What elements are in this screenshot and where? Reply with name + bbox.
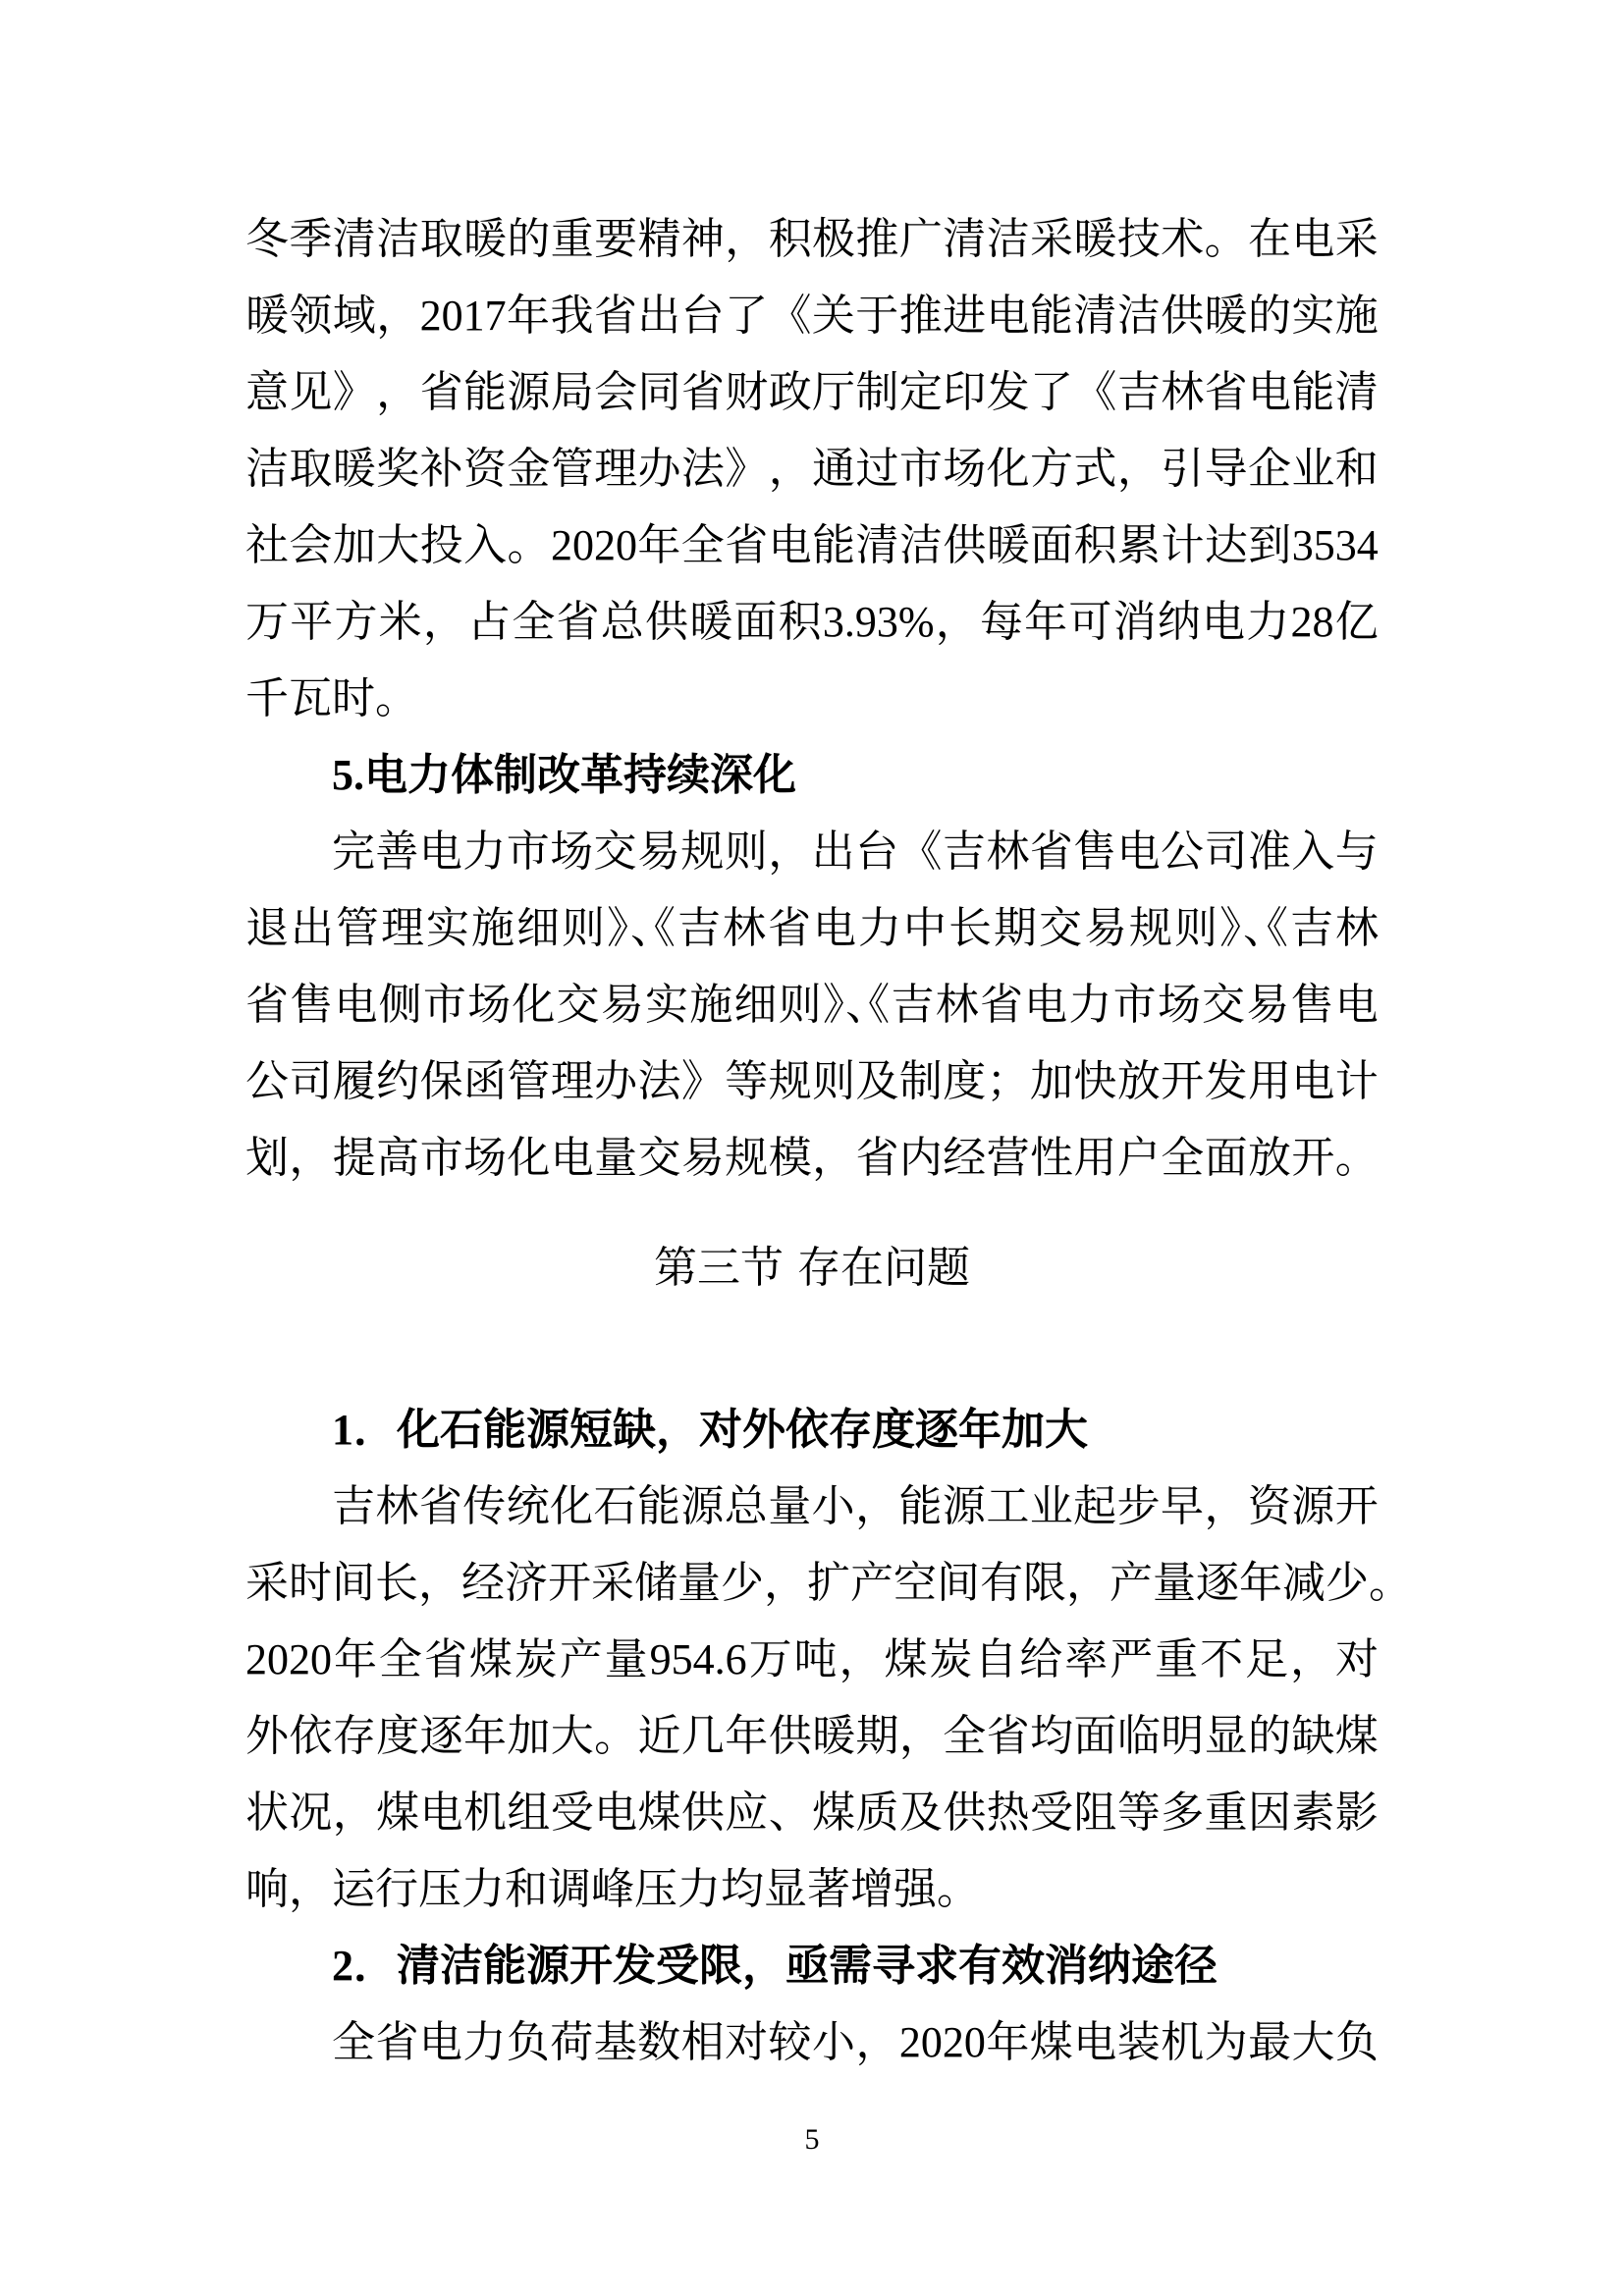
body-text-run: 煤 <box>884 1622 927 1698</box>
body-text-run: 2020 <box>245 1622 332 1698</box>
body-text-run: 总 <box>725 1468 768 1545</box>
body-text-run: 。 <box>508 507 551 584</box>
body-text-run: 可 <box>1068 584 1111 661</box>
body-text-run: 依 <box>289 1698 332 1775</box>
body-text-run: 空 <box>893 1545 937 1622</box>
body-text-run: 力 <box>462 2004 506 2081</box>
body-text-run: 有 <box>980 1545 1023 1622</box>
body-text-run: 自 <box>974 1622 1017 1698</box>
body-text-run: 源 <box>943 1468 986 1545</box>
body-text-run: 开 <box>1335 1468 1379 1545</box>
body-text-run: 开 <box>1161 1043 1204 1120</box>
body-text-run: 几 <box>681 1698 725 1775</box>
body-text-run: 场 <box>1158 967 1201 1043</box>
body-text-run: 交 <box>638 1120 681 1197</box>
body-text-run: 限 <box>1023 1545 1066 1622</box>
body-text-run: 见 <box>289 354 332 431</box>
body-text-run: 能 <box>463 354 507 431</box>
body-text-run: 售 <box>1073 814 1116 890</box>
body-text-run: 管 <box>507 1043 550 1120</box>
body-text-run: 模 <box>769 1120 812 1197</box>
body-text-run: 临 <box>1117 1698 1161 1775</box>
body-text-run: 《 <box>654 890 676 967</box>
body-text-run: ， <box>764 1545 807 1622</box>
body-text-run: ， <box>812 1120 855 1197</box>
body-text-run: 省 <box>557 584 600 661</box>
body-text-run: 亿 <box>1335 584 1379 661</box>
body-text-run: 善 <box>375 814 418 890</box>
body-text-run: 暖 <box>987 507 1030 584</box>
body-text-run: 力 <box>462 814 506 890</box>
body-text-run: 受 <box>1030 1775 1073 1851</box>
body-text-run: 面 <box>733 584 777 661</box>
body-text-run: 出 <box>812 814 855 890</box>
body-text-run: 荷 <box>550 2004 593 2081</box>
body-text-run: 细 <box>733 967 777 1043</box>
body-text-run: 占 <box>467 584 511 661</box>
body-text-run: 阻 <box>1073 1775 1116 1851</box>
body-text-run: 能 <box>898 1468 942 1545</box>
body-text-run: 供 <box>943 507 986 584</box>
page-number: 5 <box>0 2118 1624 2162</box>
body-text-run: 电 <box>987 278 1030 354</box>
body-text-run: 万 <box>245 584 289 661</box>
body-text-run: 年 <box>463 1698 507 1775</box>
body-line: 外依存度逐年加大。近几年供暖期，全省均面临明显的缺煤 <box>245 1698 1379 1775</box>
body-text-run: 煤 <box>469 1622 513 1698</box>
body-text-run: 开 <box>1291 1120 1334 1197</box>
body-text-run: 全 <box>681 507 725 584</box>
body-text-run: 热 <box>987 1775 1030 1851</box>
body-text-run: 市 <box>507 814 550 890</box>
body-text-run: 台 <box>855 814 898 890</box>
body-text-run: 暖 <box>689 584 732 661</box>
body-text-run: 供 <box>769 1698 812 1775</box>
body-text-run: 采 <box>1030 201 1073 278</box>
body-text-run: 基 <box>594 2004 637 2081</box>
body-text-run: 清 <box>333 201 376 278</box>
body-text-run: 石 <box>594 1468 637 1545</box>
body-text-run: 电 <box>419 814 462 890</box>
heading-number: 1． <box>332 1406 397 1454</box>
body-text-run: 少 <box>1326 1545 1369 1622</box>
body-text-run: ， <box>1204 1468 1247 1545</box>
body-text-run: 。 <box>1369 1545 1412 1622</box>
body-text-run: 用 <box>1248 1043 1291 1120</box>
body-text-run: 清 <box>855 507 898 584</box>
body-text-run: 售 <box>1290 967 1333 1043</box>
body-text-run: 。 <box>1205 201 1248 278</box>
body-text-run: 量 <box>605 1622 648 1698</box>
body-text-run: 场 <box>550 814 593 890</box>
body-text-run: 为 <box>1205 2004 1248 2081</box>
body-text-run: 广 <box>899 201 943 278</box>
body-text-run: 。 <box>594 1698 637 1775</box>
body-text-run: 侧 <box>379 967 422 1043</box>
body-text-run: 质 <box>855 1775 898 1851</box>
body-text-run: 省 <box>1205 354 1248 431</box>
body-line: 2020年全省煤炭产量954.6万吨，煤炭自给率严重不足，对 <box>245 1622 1379 1698</box>
body-text-run: 供 <box>943 1775 986 1851</box>
body-text-run: 积 <box>1074 507 1117 584</box>
body-text-run: 暖 <box>333 431 376 507</box>
body-text-run: 法 <box>638 1043 681 1120</box>
body-text-run: 业 <box>1291 431 1334 507</box>
body-text-run: 每 <box>980 584 1023 661</box>
body-text-run: 林 <box>375 1468 418 1545</box>
body-text-run: 计 <box>1335 1043 1379 1120</box>
body-text-run: 暖 <box>812 1698 855 1775</box>
body-text-run: 则 <box>725 814 768 890</box>
body-text-run: 起 <box>1073 1468 1116 1545</box>
body-text-run: 省 <box>681 354 725 431</box>
body-text-run: 平 <box>290 584 333 661</box>
body-text-run: 开 <box>548 1545 591 1622</box>
body-text-run: 吨 <box>794 1622 838 1698</box>
body-text-run: 补 <box>420 431 463 507</box>
body-text-run: 吉 <box>943 814 986 890</box>
body-text-run: 2020 <box>551 507 637 584</box>
body-text-run: 理 <box>381 890 424 967</box>
body-text-run: 则 <box>562 890 605 967</box>
body-text-run: 年 <box>1024 584 1067 661</box>
body-text-run: 年 <box>1239 1545 1282 1622</box>
body-text-run: 施 <box>689 967 732 1043</box>
body-text-run: 省 <box>725 507 768 584</box>
body-text-run: 时 <box>289 1545 332 1622</box>
body-text-run: 财 <box>725 354 768 431</box>
body-text-run: 源 <box>1291 1468 1334 1545</box>
body-text-run: 林 <box>936 967 979 1043</box>
body-text-run: 场 <box>463 1120 507 1197</box>
body-line: 洁取暖奖补资金管理办法》，通过市场化方式，引导企业和 <box>245 431 1379 507</box>
body-text-run: 进 <box>943 278 986 354</box>
body-text-run: 煤 <box>1335 1698 1379 1775</box>
body-text-run: 经 <box>943 1120 986 1197</box>
body-text-run: ， <box>839 1622 882 1698</box>
body-text-run: 能 <box>1291 354 1334 431</box>
body-text-run: 省 <box>420 354 463 431</box>
body-text-run: 高 <box>376 1120 419 1197</box>
body-text-run: 市 <box>423 967 466 1043</box>
body-text-run: 暖 <box>1205 278 1248 354</box>
body-text-run: 保 <box>420 1043 463 1120</box>
body-text-run: 企 <box>1248 431 1291 507</box>
body-text-run: 米 <box>379 584 422 661</box>
body-text-run: 年 <box>986 2004 1029 2081</box>
body-text-run: 煤 <box>812 1775 855 1851</box>
body-text-run: 全 <box>943 1698 986 1775</box>
body-text-run: 采 <box>591 1545 634 1622</box>
body-text-run: 能 <box>812 507 855 584</box>
body-text-run: 在 <box>1248 201 1291 278</box>
body-text-run: 交 <box>557 967 600 1043</box>
body-text-run: 期 <box>855 1698 898 1775</box>
body-text-run: 显 <box>1205 1698 1248 1775</box>
body-text-run: 给 <box>1019 1622 1062 1698</box>
body-text-run: 取 <box>289 431 332 507</box>
body-text-run: 发 <box>987 354 1030 431</box>
body-text-run: 性 <box>1030 1120 1073 1197</box>
body-text-run: 量 <box>1153 1545 1196 1622</box>
body-text-run: 吉 <box>892 967 935 1043</box>
body-text-run: 户 <box>1117 1120 1161 1197</box>
body-line: 退出管理实施细则》、《吉林省电力中长期交易规则》、《吉林 <box>245 890 1379 967</box>
body-text-run: 暖 <box>245 278 289 354</box>
body-text-run: 供 <box>681 1775 725 1851</box>
body-text-run: 炭 <box>514 1622 558 1698</box>
body-text-run: 采 <box>245 1545 289 1622</box>
body-text-run: 万 <box>749 1622 792 1698</box>
body-text-run: 用 <box>1073 1120 1116 1197</box>
body-text-run: 煤 <box>1030 2004 1073 2081</box>
body-text-run: 长 <box>375 1545 418 1622</box>
body-text-run: 售 <box>290 967 333 1043</box>
body-text-run: 吉 <box>1290 890 1333 967</box>
body-text-run: 积 <box>779 584 822 661</box>
heading-text: 清洁能源开发受限，亟需寻求有效消纳途径 <box>397 1941 1218 1991</box>
body-text-run: 对 <box>1335 1622 1379 1698</box>
body-text-run: ， <box>333 1775 376 1851</box>
body-text-run: 划 <box>245 1120 289 1197</box>
body-text-run: 全 <box>512 584 555 661</box>
body-text-run: 因 <box>1248 1775 1291 1851</box>
body-text-run: 等 <box>725 1043 768 1120</box>
body-text-run: 林 <box>986 814 1029 890</box>
body-text-run: 方 <box>334 584 377 661</box>
body-text-run: 源 <box>507 354 550 431</box>
body-text-run: 易 <box>637 814 680 890</box>
body-text-run: 素 <box>1291 1775 1334 1851</box>
body-text-run: 极 <box>812 201 855 278</box>
body-text-run: 领 <box>289 278 332 354</box>
body-text-run: 省 <box>987 1698 1030 1775</box>
body-text-run: 我 <box>550 278 593 354</box>
body-text-run: 电 <box>1291 201 1334 278</box>
body-text-run: ， <box>768 814 811 890</box>
body-text-run: 司 <box>1204 814 1247 890</box>
body-text-run: 则 <box>812 1043 855 1120</box>
heading-text: 电力体制改革持续深化 <box>364 750 796 800</box>
body-text-run: 政 <box>769 354 812 431</box>
body-text-run: 化 <box>507 1120 550 1197</box>
body-text-run: 最 <box>1248 2004 1291 2081</box>
body-text-run: 力 <box>1068 967 1111 1043</box>
body-text-run: 过 <box>855 431 898 507</box>
body-text-run: 全 <box>379 1622 422 1698</box>
body-text-run: 营 <box>987 1120 1030 1197</box>
body-text-run: 954.6 <box>650 1622 747 1698</box>
body-text-run: 》 <box>607 890 628 967</box>
body-text-run: 公 <box>245 1043 289 1120</box>
body-text-run: 入 <box>1291 814 1334 890</box>
body-line: 吉林省传统化石能源总量小，能源工业起步早，资源开 <box>245 1468 1379 1545</box>
body-text-run: 及 <box>899 1775 943 1851</box>
body-text-run: 率 <box>1064 1622 1108 1698</box>
body-text-run: 履 <box>333 1043 376 1120</box>
body-text-run: 炭 <box>929 1622 972 1698</box>
body-text-run: 理 <box>594 431 637 507</box>
body-text-run: 扩 <box>807 1545 850 1622</box>
body-text-run: 易 <box>681 1120 725 1197</box>
body-line: 暖领域，2017年我省出台了《关于推进电能清洁供暖的实施 <box>245 278 1379 354</box>
body-text-run: 清 <box>1073 278 1116 354</box>
body-text-run: 应 <box>725 1775 768 1851</box>
body-text-run: 面 <box>1073 1698 1116 1775</box>
body-text-run: 规 <box>680 814 724 890</box>
body-text-run: 相 <box>681 2004 725 2081</box>
body-text-run: 》 <box>333 354 376 431</box>
body-text-run: 取 <box>420 201 463 278</box>
body-text-run: 电 <box>769 507 812 584</box>
body-text-run: 理 <box>551 1043 594 1120</box>
body-text-run: 域 <box>333 278 376 354</box>
body-text-run: 计 <box>1161 507 1204 584</box>
body-text-run: 》 <box>1219 890 1241 967</box>
heading-number: 2． <box>332 1942 397 1990</box>
body-text-run: 《 <box>768 278 811 354</box>
body-text-run: 发 <box>1205 1043 1248 1120</box>
body-text-run: 较 <box>769 2004 812 2081</box>
body-text-run: 奖 <box>376 431 419 507</box>
body-text-run: 年 <box>507 278 550 354</box>
body-text-run: 电 <box>1291 1043 1334 1120</box>
body-text-run: 退 <box>245 890 289 967</box>
body-text-run: 》 <box>823 967 844 1043</box>
body-text-run: 煤 <box>376 1775 419 1851</box>
numbered-heading: 2．清洁能源开发受限，亟需寻求有效消纳途径 <box>245 1928 1379 2004</box>
body-text-run: 电 <box>1335 967 1379 1043</box>
body-line: 公司履约保函管理办法》等规则及制度；加快放开发用电计 <box>245 1043 1379 1120</box>
body-text-run: 能 <box>1030 278 1073 354</box>
body-text-run: 洁 <box>376 201 419 278</box>
body-text-run: 办 <box>638 431 681 507</box>
body-text-run: ； <box>987 1043 1030 1120</box>
body-text-run: 及 <box>855 1043 898 1120</box>
body-text-run: 约 <box>376 1043 419 1120</box>
body-line: 意见》，省能源局会同省财政厅制定印发了《吉林省电能清 <box>245 354 1379 431</box>
body-text-run: ， <box>725 201 768 278</box>
body-text-run: 小 <box>812 2004 855 2081</box>
body-text-run: 大 <box>1292 2004 1335 2081</box>
body-text-run: 重 <box>1205 1775 1248 1851</box>
body-text-run: 统 <box>507 1468 550 1545</box>
body-text-run: 度 <box>376 1698 419 1775</box>
body-text-run: 会 <box>289 507 332 584</box>
body-text-run: 关 <box>812 278 855 354</box>
body-text-run: 储 <box>634 1545 677 1622</box>
body-text-run: 省 <box>855 1120 898 1197</box>
body-text-run: 印 <box>943 354 986 431</box>
body-text-run: 则 <box>1174 890 1218 967</box>
body-text-run: 投 <box>420 507 463 584</box>
document-page: 冬季清洁取暖的重要精神，积极推广清洁采暖技术。在电采暖领域，2017年我省出台了… <box>0 0 1624 2296</box>
body-text-run: 法 <box>681 431 725 507</box>
body-text-run: 放 <box>1248 1120 1291 1197</box>
body-text-run: 步 <box>1117 1468 1161 1545</box>
body-text-run: 传 <box>462 1468 506 1545</box>
body-text-run: ， <box>936 584 979 661</box>
body-text-run: 产 <box>560 1622 603 1698</box>
body-text-run: 了 <box>725 278 768 354</box>
body-text-run: 吉 <box>332 1468 375 1545</box>
body-text-run: 年 <box>334 1622 377 1698</box>
body-text-run: 清 <box>1335 354 1379 431</box>
body-text-run: 制 <box>899 1043 943 1120</box>
body-text-run: 洁 <box>1117 278 1161 354</box>
body-text-run: 面 <box>1030 507 1073 584</box>
body-text-run: 28 <box>1290 584 1333 661</box>
body-text-run: 机 <box>463 1775 507 1851</box>
body-line: 完善电力市场交易规则，出台《吉林省售电公司准入与 <box>245 814 1379 890</box>
body-text-run: 同 <box>638 354 681 431</box>
body-text-run: 交 <box>594 814 637 890</box>
body-text-run: 台 <box>681 278 725 354</box>
body-text-run: 内 <box>899 1120 943 1197</box>
body-text-run: 施 <box>471 890 514 967</box>
body-text-run: 2020 <box>899 2004 986 2081</box>
body-text-run: 缺 <box>1291 1698 1334 1775</box>
body-text-run: 林 <box>723 890 766 967</box>
body-text-run: 易 <box>1246 967 1289 1043</box>
body-text-run: 负 <box>1335 2004 1379 2081</box>
body-text-run: ， <box>418 1545 461 1622</box>
body-text-run: ， <box>376 354 419 431</box>
body-text-run: 市 <box>1113 967 1157 1043</box>
body-text-run: 加 <box>333 507 376 584</box>
body-text-run: 数 <box>637 2004 680 2081</box>
body-text-run: 《 <box>1267 890 1288 967</box>
body-text-run: 影 <box>1335 1775 1379 1851</box>
body-text-run: 推 <box>855 201 898 278</box>
body-text-run: 严 <box>1110 1622 1153 1698</box>
body-text-run: 经 <box>461 1545 505 1622</box>
body-text-run: 于 <box>855 278 898 354</box>
body-text-run: 则 <box>779 967 822 1043</box>
body-text-run: 意 <box>245 354 289 431</box>
body-text-run: 源 <box>680 1468 724 1545</box>
body-text-run: 省 <box>594 278 637 354</box>
body-text-run: 多 <box>1161 1775 1204 1851</box>
body-text-run: 完 <box>332 814 375 890</box>
body-text-run: ， <box>1066 1545 1110 1622</box>
body-text-run: 省 <box>424 1622 467 1698</box>
body-text-run: 化 <box>987 431 1030 507</box>
body-text-run: 3.93% <box>823 584 935 661</box>
numbered-heading: 5.电力体制改革持续深化 <box>245 737 1379 814</box>
body-text-run: 到 <box>1248 507 1291 584</box>
body-text-run: 交 <box>1202 967 1245 1043</box>
body-text-run: 积 <box>769 201 812 278</box>
body-text-run: 况 <box>289 1775 332 1851</box>
body-text-run: 冬 <box>245 201 289 278</box>
body-text-run: 放 <box>1117 1043 1161 1120</box>
body-text-run: 工 <box>986 1468 1029 1545</box>
body-text-run: 导 <box>1205 431 1248 507</box>
body-text-run: 业 <box>1030 1468 1073 1545</box>
body-text-run: 司 <box>289 1043 332 1120</box>
body-text-run: 《 <box>898 814 942 890</box>
body-text-run: 方 <box>1030 431 1073 507</box>
heading-text: 化石能源短缺，对外依存度逐年加大 <box>397 1405 1088 1455</box>
body-text-run: 纳 <box>1158 584 1201 661</box>
body-text-run: 季 <box>289 201 332 278</box>
body-text-run: 面 <box>1205 1120 1248 1197</box>
body-text-run: 出 <box>291 890 334 967</box>
body-text-run: 电 <box>594 1775 637 1851</box>
body-text-run: ， <box>769 431 812 507</box>
body-text-run: 电 <box>1248 354 1291 431</box>
